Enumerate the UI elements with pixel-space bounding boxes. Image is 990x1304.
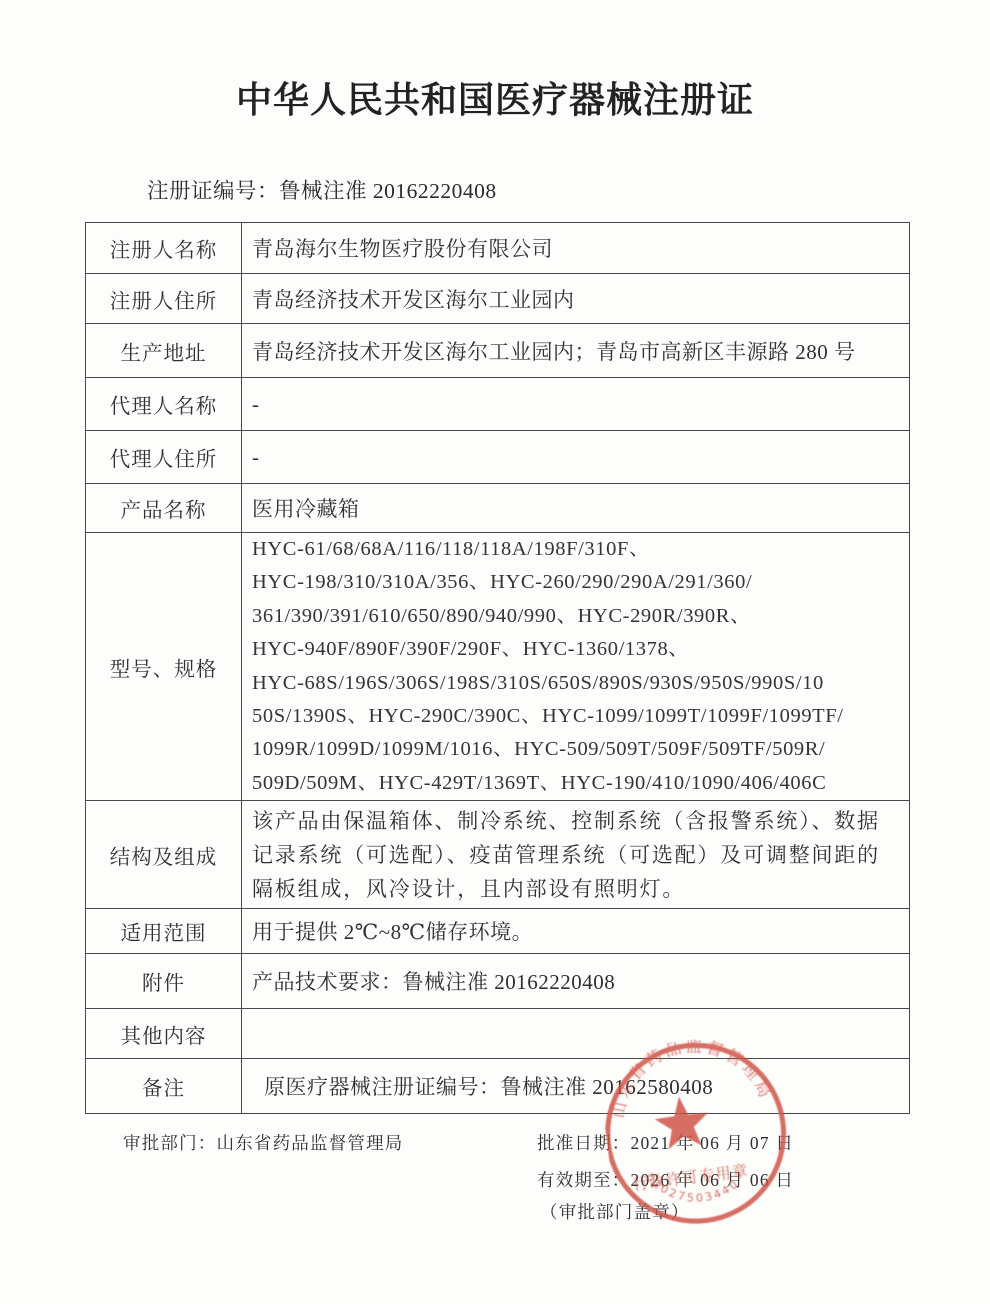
row-value: HYC-61/68/68A/116/118/118A/198F/310F、 HY… bbox=[242, 533, 910, 801]
table-row-production-address: 生产地址 青岛经济技术开发区海尔工业园内；青岛市高新区丰源路 280 号 bbox=[86, 324, 910, 378]
table-row-other-content: 其他内容 bbox=[86, 1009, 910, 1059]
row-value bbox=[242, 1009, 910, 1059]
row-value: 原医疗器械注册证编号：鲁械注准 20162580408 bbox=[242, 1059, 910, 1114]
row-value: 产品技术要求：鲁械注准 20162220408 bbox=[242, 954, 910, 1009]
row-value: - bbox=[242, 378, 910, 431]
model-line: 361/390/391/610/650/890/940/990、HYC-290R… bbox=[252, 600, 905, 633]
table-row-intended-use: 适用范围 用于提供 2℃~8℃储存环境。 bbox=[86, 909, 910, 954]
row-label: 附件 bbox=[86, 954, 242, 1009]
row-value: 医用冷藏箱 bbox=[242, 484, 910, 533]
row-label: 型号、规格 bbox=[86, 533, 242, 801]
page-title: 中华人民共和国医疗器械注册证 bbox=[0, 72, 990, 123]
row-value: 青岛经济技术开发区海尔工业园内 bbox=[242, 274, 910, 324]
row-label: 备注 bbox=[86, 1059, 242, 1114]
row-label: 适用范围 bbox=[86, 909, 242, 954]
table-row-remarks: 备注 原医疗器械注册证编号：鲁械注准 20162580408 bbox=[86, 1059, 910, 1114]
row-value: 青岛经济技术开发区海尔工业园内；青岛市高新区丰源路 280 号 bbox=[242, 324, 910, 378]
table-row-product-name: 产品名称 医用冷藏箱 bbox=[86, 484, 910, 533]
row-label: 其他内容 bbox=[86, 1009, 242, 1059]
row-label: 生产地址 bbox=[86, 324, 242, 378]
table-row-registrant-address: 注册人住所 青岛经济技术开发区海尔工业园内 bbox=[86, 274, 910, 324]
table-row-agent-address: 代理人住所 - bbox=[86, 431, 910, 484]
structure-line: 记录系统（可选配）、疫苗管理系统（可选配）及可调整间距的 bbox=[252, 838, 905, 872]
structure-line: 隔板组成，风冷设计，且内部设有照明灯。 bbox=[252, 872, 905, 906]
model-line: 509D/509M、HYC-429T/1369T、HYC-190/410/109… bbox=[252, 767, 905, 800]
row-label: 产品名称 bbox=[86, 484, 242, 533]
row-label: 结构及组成 bbox=[86, 801, 242, 909]
model-line: HYC-198/310/310A/356、HYC-260/290/290A/29… bbox=[252, 566, 905, 599]
table-row-attachment: 附件 产品技术要求：鲁械注准 20162220408 bbox=[86, 954, 910, 1009]
table-row-structure: 结构及组成 该产品由保温箱体、制冷系统、控制系统（含报警系统）、数据 记录系统（… bbox=[86, 801, 910, 909]
model-line: HYC-61/68/68A/116/118/118A/198F/310F、 bbox=[252, 533, 905, 566]
row-value: 该产品由保温箱体、制冷系统、控制系统（含报警系统）、数据 记录系统（可选配）、疫… bbox=[242, 801, 910, 909]
row-label: 注册人住所 bbox=[86, 274, 242, 324]
registration-number-line: 注册证编号：鲁械注准 20162220408 bbox=[147, 174, 497, 205]
approval-department: 审批部门：山东省药品监督管理局 bbox=[123, 1130, 404, 1155]
model-line: 1099R/1099D/1099M/1016、HYC-509/509T/509F… bbox=[252, 733, 905, 766]
table-row-registrant-name: 注册人名称 青岛海尔生物医疗股份有限公司 bbox=[86, 223, 910, 274]
registration-number-label: 注册证编号： bbox=[147, 179, 279, 203]
certificate-page: 中华人民共和国医疗器械注册证 注册证编号：鲁械注准 20162220408 注册… bbox=[0, 0, 990, 1304]
model-line: HYC-940F/890F/390F/290F、HYC-1360/1378、 bbox=[252, 633, 905, 666]
seal-note: （审批部门盖章） bbox=[540, 1199, 690, 1224]
table-row-agent-name: 代理人名称 - bbox=[86, 378, 910, 431]
row-label: 注册人名称 bbox=[86, 223, 242, 274]
registration-number-value: 鲁械注准 20162220408 bbox=[279, 179, 497, 203]
row-label: 代理人名称 bbox=[86, 378, 242, 431]
valid-until-date: 有效期至：2026 年 06 月 06 日 bbox=[537, 1167, 794, 1192]
structure-line: 该产品由保温箱体、制冷系统、控制系统（含报警系统）、数据 bbox=[252, 804, 905, 838]
row-value: - bbox=[242, 431, 910, 484]
model-line: HYC-68S/196S/306S/198S/310S/650S/890S/93… bbox=[252, 667, 905, 700]
row-value: 青岛海尔生物医疗股份有限公司 bbox=[242, 223, 910, 274]
table-row-model-spec: 型号、规格 HYC-61/68/68A/116/118/118A/198F/31… bbox=[86, 533, 910, 801]
row-label: 代理人住所 bbox=[86, 431, 242, 484]
certificate-table: 注册人名称 青岛海尔生物医疗股份有限公司 注册人住所 青岛经济技术开发区海尔工业… bbox=[85, 222, 910, 1114]
row-value: 用于提供 2℃~8℃储存环境。 bbox=[242, 909, 910, 954]
model-line: 50S/1390S、HYC-290C/390C、HYC-1099/1099T/1… bbox=[252, 700, 905, 733]
approval-date: 批准日期：2021 年 06 月 07 日 bbox=[537, 1130, 794, 1155]
